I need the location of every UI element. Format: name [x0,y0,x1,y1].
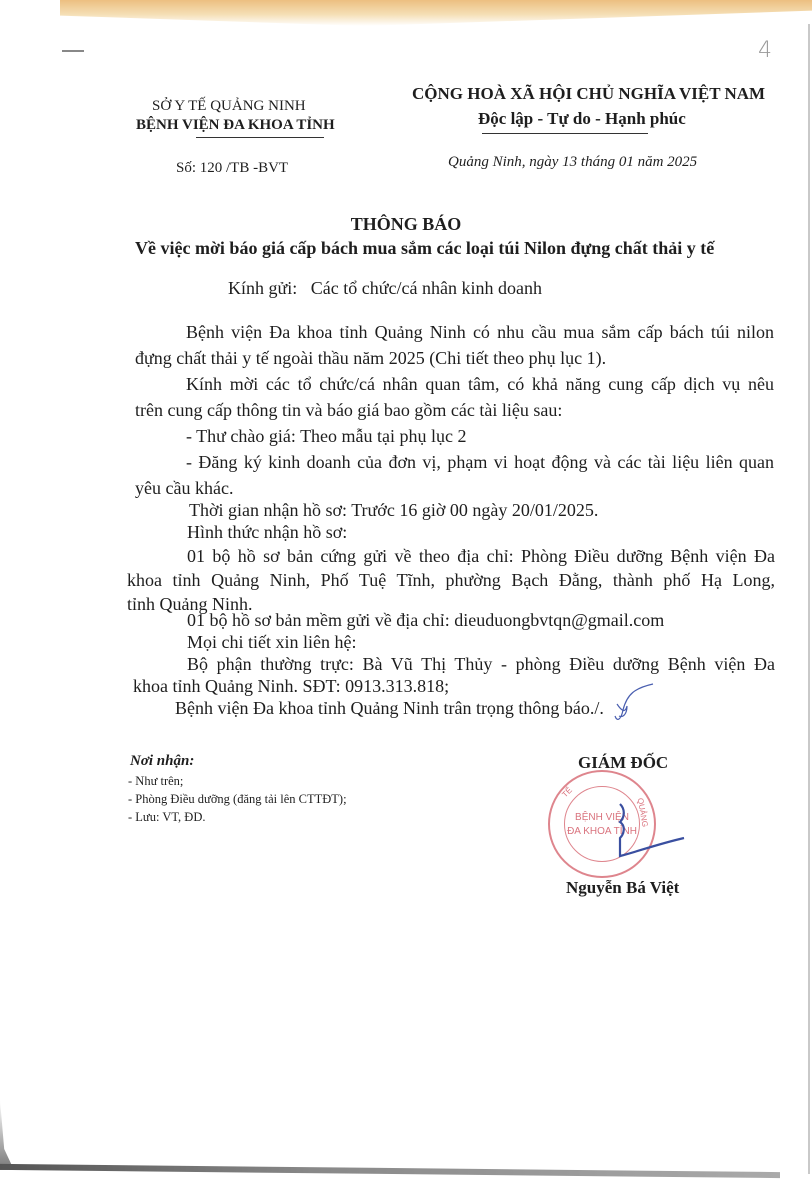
body-soft-copy: 01 bộ hồ sơ bản mềm gửi về địa chỉ: dieu… [187,610,664,631]
body-item-1: - Thư chào giá: Theo mẫu tại phụ lục 2 [186,426,467,447]
body-p1-line2: đựng chất thải y tế ngoài thầu năm 2025 … [135,348,606,369]
body-p2-line2: trên cung cấp thông tin và báo giá bao g… [135,400,562,421]
body-contact-line1: Bộ phận thường trực: Bà Vũ Thị Thủy - ph… [187,654,775,675]
recipients-item: - Như trên; [128,774,183,789]
body-p1-line1: Bệnh viện Đa khoa tỉnh Quảng Ninh có nhu… [186,322,774,343]
recipients-item: - Lưu: VT, ĐD. [128,810,205,825]
organization-name: BỆNH VIỆN ĐA KHOA TỈNH [136,117,335,134]
page-number: 4 [758,38,772,63]
recipients-title: Nơi nhận: [130,753,194,770]
body-contact-line2: khoa tỉnh Quảng Ninh. SĐT: 0913.313.818; [133,676,449,697]
document-title: THÔNG BÁO [0,214,812,235]
recipient-value: Các tổ chức/cá nhân kinh doanh [311,278,542,298]
recipients-item: - Phòng Điều dưỡng (đăng tải lên CTTĐT); [128,792,347,807]
body-item-2-line2: yêu cầu khác. [135,478,233,499]
stamp-arc-left: TẾ [560,786,574,800]
header-right-divider [482,133,648,134]
body-closing: Bệnh viện Đa khoa tỉnh Quảng Ninh trân t… [175,698,604,719]
pen-mark [62,50,84,52]
nation-title: CỘNG HOÀ XÃ HỘI CHỦ NGHĨA VIỆT NAM [412,84,765,104]
scan-edge-right [808,24,810,1174]
body-contact-label: Mọi chi tiết xin liên hệ: [187,632,356,653]
body-p2-line1: Kính mời các tổ chức/cá nhân quan tâm, c… [186,374,774,395]
document-subject: Về việc mời báo giá cấp bách mua sắm các… [135,238,714,259]
body-hard-copy-line2: khoa tỉnh Quảng Ninh, Phố Tuệ Tĩnh, phườ… [127,570,775,591]
scan-edge-top [60,0,812,26]
signer-name: Nguyễn Bá Việt [566,878,679,898]
national-motto: Độc lập - Tự do - Hạnh phúc [478,109,686,129]
signer-position: GIÁM ĐỐC [578,753,668,773]
body-hard-copy-line1: 01 bộ hồ sơ bản cứng gửi về theo địa chỉ… [187,546,775,567]
header-left-divider [196,137,324,138]
document-number: Số: 120 /TB -BVT [176,160,288,177]
initial-mark [605,680,655,725]
body-deadline: Thời gian nhận hồ sơ: Trước 16 giờ 00 ng… [189,500,598,521]
handwritten-signature [586,800,686,860]
scan-edge-bottom [0,1164,780,1178]
agency-name: SỞ Y TẾ QUẢNG NINH [152,98,306,115]
place-date: Quảng Ninh, ngày 13 tháng 01 năm 2025 [448,154,697,171]
recipient-line: Kính gửi: Các tổ chức/cá nhân kinh doanh [228,278,542,299]
body-method-label: Hình thức nhận hồ sơ: [187,522,347,543]
scan-edge-left [0,1100,14,1170]
recipient-label: Kính gửi: [228,278,297,298]
body-item-2-line1: - Đăng ký kinh doanh của đơn vị, phạm vi… [186,452,774,473]
